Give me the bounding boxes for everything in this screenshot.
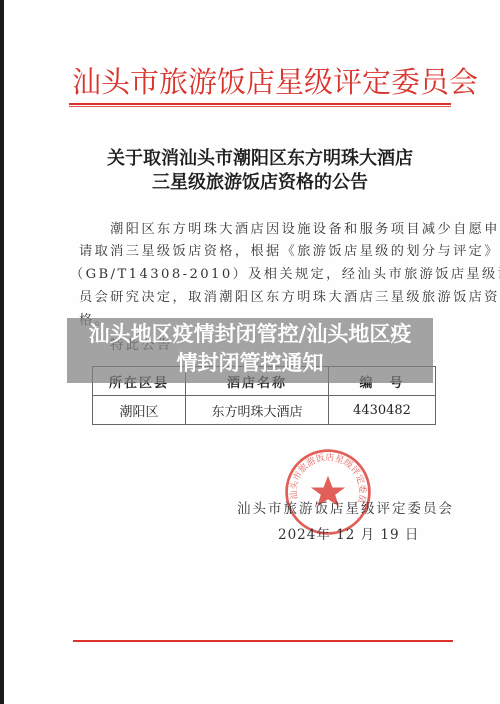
table-cell-district: 潮阳区 — [93, 396, 186, 425]
caption-overlay-text: 汕头地区疫情封闭管控/汕头地区疫 情封闭管控通知 — [67, 320, 433, 378]
table-cell-number: 4430482 — [329, 396, 436, 425]
org-header: 汕头市旅游饭店星级评定委员会 — [72, 60, 444, 101]
header-red-rule — [69, 103, 451, 105]
caption-line2: 情封闭管控通知 — [67, 349, 433, 378]
body-line: 潮阳区东方明珠大酒店因设施设备和服务项目减少自愿申 — [79, 218, 429, 237]
signature-date: 2024年 12 月 19 日 — [278, 523, 419, 543]
body-line: （GB/T14308-2010）及相关规定，经汕头市旅游饭店星级评定委 — [70, 263, 420, 282]
notice-title-line2: 三星级旅游饭店资格的公告 — [80, 168, 440, 194]
notice-title-line1: 关于取消汕头市潮阳区东方明珠大酒店 — [80, 144, 440, 170]
body-line: 请取消三星级饭店资格，根据《旅游饭店星级的划分与评定》 — [79, 240, 429, 259]
header-red-rule-thin — [69, 106, 451, 107]
caption-line1: 汕头地区疫情封闭管控/汕头地区疫 — [67, 320, 433, 349]
body-line: 员会研究决定，取消潮阳区东方明珠大酒店三星级旅游饭店资 — [79, 286, 429, 305]
table-row: 潮阳区 东方明珠大酒店 4430482 — [93, 396, 436, 425]
footer-red-rule — [73, 640, 453, 642]
table-cell-hotel: 东方明珠大酒店 — [186, 396, 329, 425]
signature-org: 汕头市旅游饭店星级评定委员会 — [237, 497, 454, 517]
